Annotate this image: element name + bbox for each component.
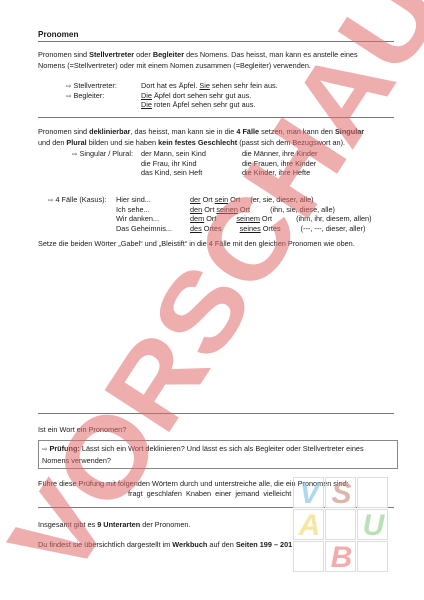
case-column: Hier sind... Ich sehe... Wir danken... D… — [116, 195, 172, 233]
page-title: Pronomen — [38, 30, 79, 39]
vsaub-logo: V S A U B — [293, 477, 389, 573]
example-text: Dort hat es Äpfel. Sie sehen sehr fein a… — [141, 81, 278, 90]
task-gabel-bleistift: Setze die beiden Wörter „Gabel“ und „Ble… — [38, 238, 394, 249]
cases-label: ⇨4 Fälle (Kasus): — [48, 195, 107, 205]
arrow-right-icon: ⇨ — [72, 151, 77, 158]
example-begleiter: ⇨Begleiter: — [66, 91, 104, 101]
word-list: fragt geschlafen Knaben einer jemand vie… — [128, 488, 291, 499]
singular-plural-label: ⇨Singular / Plural: — [72, 149, 133, 159]
divider — [38, 117, 394, 118]
arrow-right-icon: ⇨ — [66, 83, 71, 90]
arrow-right-icon: ⇨ — [66, 93, 71, 100]
example-text: Die roten Äpfel sehen sehr gut aus. — [141, 100, 255, 109]
check-box: ⇨Prüfung: Lässt sich ein Wort dekliniere… — [38, 440, 398, 469]
intro-paragraph: Pronomen sind Stellvertreter oder Beglei… — [38, 49, 394, 71]
plural-column: die Männer, ihre Kinder die Frauen, ihre… — [242, 149, 317, 178]
example-stellvertreter: ⇨Stellvertreter: — [66, 81, 117, 91]
example-text: Die Äpfel dort sehen sehr gut aus. — [141, 91, 251, 100]
divider — [38, 413, 394, 414]
question: Ist ein Wort ein Pronomen? — [38, 424, 394, 435]
singular-column: der Mann, sein Kind die Frau, ihr Kind d… — [141, 149, 206, 178]
declension-paragraph: Pronomen sind deklinierbar, das heisst, … — [38, 126, 394, 148]
divider — [38, 41, 394, 42]
arrow-right-icon: ⇨ — [48, 197, 53, 204]
case-forms: der Ort sein Ort(er, sie, dieser, alle) … — [190, 195, 372, 233]
arrow-right-icon: ⇨ — [42, 446, 47, 453]
